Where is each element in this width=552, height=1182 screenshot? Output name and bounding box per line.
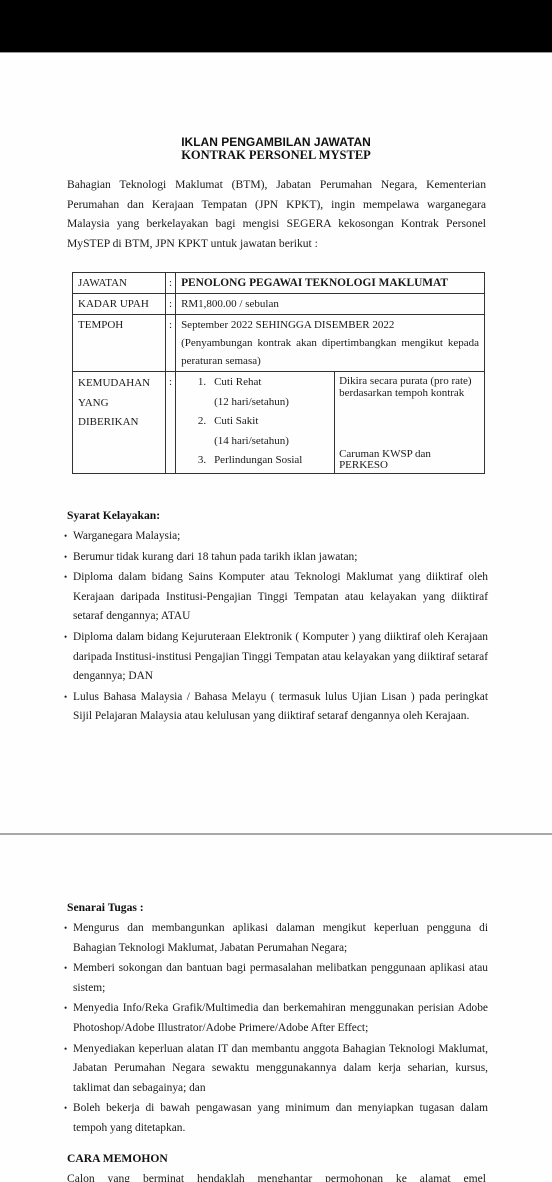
bullet-icon: • [64,999,67,1019]
list-item: •Berumur tidak kurang dari 18 tahun pada… [64,548,488,568]
benefit-detail: (12 hari/setahun) [176,393,334,413]
list-item-text: Menyediakan keperluan alatan IT dan memb… [73,1043,488,1094]
bullet-icon: • [64,568,67,588]
list-item-text: Lulus Bahasa Malaysia / Bahasa Melayu ( … [73,691,488,723]
benefit-item: 1. Cuti Rehat [176,373,334,393]
list-item-text: Berumur tidak kurang dari 18 tahun pada … [73,551,357,563]
leave-note: Dikira secara purata (pro rate) berdasar… [339,373,480,399]
benefit-number: 2. [176,412,214,432]
table-row-position: JAWATAN : PENOLONG PEGAWAI TEKNOLOGI MAK… [73,273,485,294]
bullet-icon: • [64,688,67,708]
list-item: •Diploma dalam bidang Sains Komputer ata… [64,568,488,627]
period-note: (Penyambungan kontrak akan dipertimbangk… [181,334,479,370]
benefit-detail: (14 hari/setahun) [176,432,334,452]
how-to-apply-text: Calon yang berminat hendaklah menghantar… [67,1169,486,1182]
list-item-text: Menyedia Info/Reka Grafik/Multimedia dan… [73,1002,488,1034]
period-dates: September 2022 SEHINGGA DISEMBER 2022 [181,316,479,334]
benefit-number: 1. [176,373,214,393]
benefit-name: Cuti Sakit [214,412,258,432]
list-item-text: Mengurus dan membangunkan aplikasi dalam… [73,922,488,954]
document-title: IKLAN PENGAMBILAN JAWATAN [0,135,552,149]
bullet-icon: • [64,548,67,568]
bullet-icon: • [64,1040,67,1060]
list-item-text: Warganegara Malaysia; [73,530,180,542]
list-item-text: Diploma dalam bidang Sains Komputer atau… [73,571,488,622]
benefit-name: Cuti Rehat [214,373,261,393]
document-subtitle: KONTRAK PERSONEL MYSTEP [0,148,552,162]
bullet-icon: • [64,628,67,648]
duties-heading: Senarai Tugas : [67,901,144,914]
position-value: PENOLONG PEGAWAI TEKNOLOGI MAKLUMAT [176,273,485,294]
benefits-list: 1. Cuti Rehat (12 hari/setahun) 2. Cuti … [176,372,335,473]
social-note: Caruman KWSP dan PERKESO [339,449,480,472]
table-row-wage: KADAR UPAH : RM1,800.00 / sebulan [73,294,485,315]
bullet-icon: • [64,959,67,979]
status-bar [0,0,552,53]
bullet-icon: • [64,1099,67,1119]
job-details-table: JAWATAN : PENOLONG PEGAWAI TEKNOLOGI MAK… [72,272,485,474]
benefit-number: 3. [176,451,214,471]
benefit-notes: Dikira secara purata (pro rate) berdasar… [335,372,484,473]
list-item: •Lulus Bahasa Malaysia / Bahasa Melayu (… [64,688,488,727]
table-row-period: TEMPOH : September 2022 SEHINGGA DISEMBE… [73,315,485,372]
row-label: JAWATAN [73,273,166,294]
row-colon: : [166,315,176,372]
list-item: •Warganegara Malaysia; [64,527,488,547]
list-item: •Memberi sokongan dan bantuan bagi perma… [64,959,488,998]
duties-list: •Mengurus dan membangunkan aplikasi dala… [64,919,488,1140]
bullet-icon: • [64,527,67,547]
list-item-text: Diploma dalam bidang Kejuruteraan Elektr… [73,631,488,682]
intro-paragraph: Bahagian Teknologi Maklumat (BTM), Jabat… [67,175,486,253]
benefit-item: 2. Cuti Sakit [176,412,334,432]
row-label: KEMUDAHAN YANG DIBERIKAN [73,372,166,474]
eligibility-list: •Warganegara Malaysia; •Berumur tidak ku… [64,527,488,728]
row-label: KADAR UPAH [73,294,166,315]
eligibility-heading: Syarat Kelayakan: [67,509,160,522]
table-row-benefits: KEMUDAHAN YANG DIBERIKAN : 1. Cuti Rehat… [73,372,485,474]
list-item: •Menyediakan keperluan alatan IT dan mem… [64,1040,488,1099]
benefit-item: 3. Perlindungan Sosial [176,451,334,471]
how-to-apply-heading: CARA MEMOHON [67,1152,168,1165]
period-value: September 2022 SEHINGGA DISEMBER 2022 (P… [176,315,485,372]
list-item: •Diploma dalam bidang Kejuruteraan Elekt… [64,628,488,687]
bullet-icon: • [64,919,67,939]
wage-value: RM1,800.00 / sebulan [176,294,485,315]
list-item-text: Memberi sokongan dan bantuan bagi permas… [73,962,488,994]
list-item: •Boleh bekerja di bawah pengawasan yang … [64,1099,488,1138]
benefit-name: Perlindungan Sosial [214,451,302,471]
row-colon: : [166,273,176,294]
row-colon: : [166,294,176,315]
list-item: •Mengurus dan membangunkan aplikasi dala… [64,919,488,958]
list-item-text: Boleh bekerja di bawah pengawasan yang m… [73,1102,488,1134]
benefits-cell: 1. Cuti Rehat (12 hari/setahun) 2. Cuti … [176,372,485,474]
row-label: TEMPOH [73,315,166,372]
list-item: •Menyedia Info/Reka Grafik/Multimedia da… [64,999,488,1038]
row-colon: : [166,372,176,474]
